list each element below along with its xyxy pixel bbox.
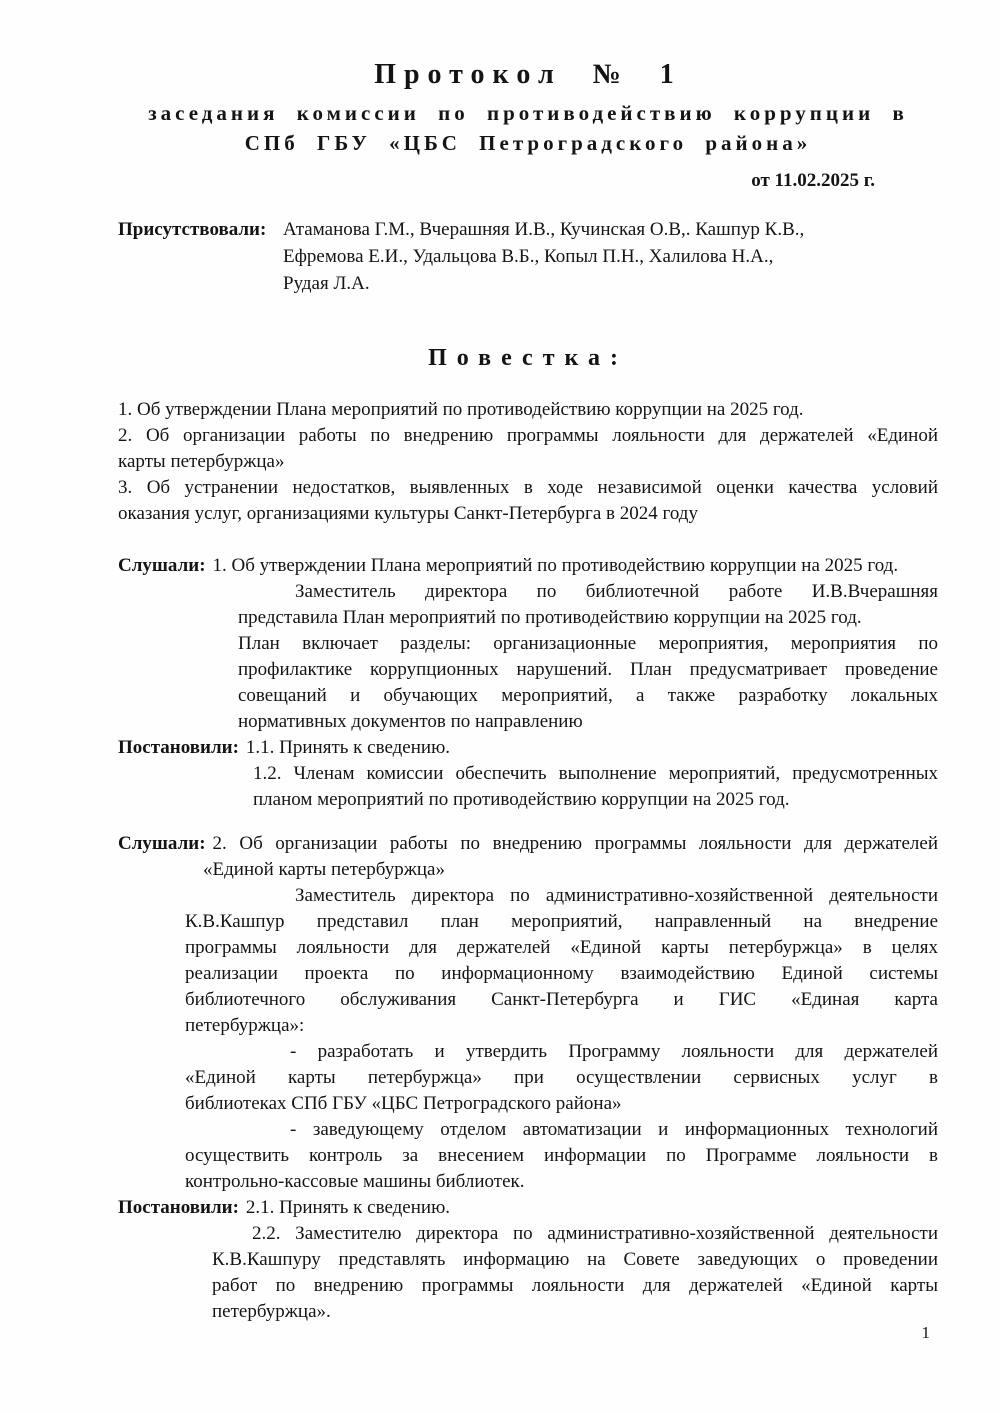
resolved-1-label: Постановили: (118, 737, 239, 758)
resolved-section-1: Постановили:1.1. Принять к сведению. 1.2… (118, 735, 938, 813)
attendees-line: Ефремова Е.И., Удальцова В.Б., Копыл П.Н… (283, 243, 804, 270)
heard-2-bullet-2: - заведующему отделом автоматизации и ин… (185, 1117, 938, 1195)
paragraph-line: профилактике коррупционных нарушений. Пл… (238, 657, 938, 683)
attendees-line: Атаманова Г.М., Вчерашняя И.В., Кучинска… (283, 216, 804, 243)
resolved-2-item-2: 2.2. Заместителю директора по администра… (212, 1221, 938, 1325)
heard-section-2: Слушали:2. Об организации работы по внед… (118, 831, 938, 1195)
paragraph-line: - разработать и утвердить Программу лоял… (185, 1039, 938, 1065)
paragraph-line: представила План мероприятий по противод… (238, 605, 938, 631)
paragraph-line: К.В.Кашпуру представлять информацию на С… (212, 1247, 938, 1273)
agenda-item-line: 3. Об устранении недостатков, выявленных… (118, 475, 938, 501)
paragraph-line: 1.2. Членам комиссии обеспечить выполнен… (253, 761, 938, 787)
paragraph-line: - заведующему отделом автоматизации и ин… (185, 1117, 938, 1143)
paragraph-line: нормативных документов по направлению (238, 709, 938, 735)
paragraph-line: петербуржца». (212, 1299, 938, 1325)
heard-section-1: Слушали:1. Об утверждении Плана мероприя… (118, 553, 938, 735)
heard-1-text: 1. Об утверждении Плана мероприятий по п… (213, 555, 899, 576)
agenda-item-line: 1. Об утверждении Плана мероприятий по п… (118, 397, 938, 423)
paragraph-line: библиотеках СПб ГБУ «ЦБС Петроградского … (185, 1091, 938, 1117)
resolved-1-item-2: 1.2. Членам комиссии обеспечить выполнен… (253, 761, 938, 813)
heard-2-bullet-1: - разработать и утвердить Программу лоял… (185, 1039, 938, 1117)
paragraph-line: петербуржца»: (185, 1013, 938, 1039)
paragraph-line: библиотечного обслуживания Санкт-Петербу… (185, 987, 938, 1013)
attendees-names: Атаманова Г.М., Вчерашняя И.В., Кучинска… (283, 216, 804, 297)
attendees-line: Рудая Л.А. (283, 270, 804, 297)
paragraph-line: План включает разделы: организационные м… (238, 631, 938, 657)
paragraph-line: реализации проекта по информационному вз… (185, 961, 938, 987)
heard-1-paragraph-1: Заместитель директора по библиотечной ра… (238, 579, 938, 631)
agenda-item-line: карты петербуржца» (118, 449, 938, 475)
agenda-list: 1. Об утверждении Плана мероприятий по п… (118, 397, 938, 527)
agenda-item-3: 3. Об устранении недостатков, выявленных… (118, 475, 938, 527)
heard-2-item-continuation: «Единой карты петербуржца» (118, 857, 938, 883)
paragraph-line: К.В.Кашпур представил план мероприятий, … (185, 909, 938, 935)
agenda-item-line: оказания услуг, организациями культуры С… (118, 501, 938, 527)
resolved-2-label: Постановили: (118, 1197, 239, 1218)
paragraph-line: Заместитель директора по библиотечной ра… (238, 579, 938, 605)
paragraph-line: программы лояльности для держателей «Еди… (185, 935, 938, 961)
document-subtitle-line1: заседания комиссии по противодействию ко… (118, 98, 938, 128)
heard-1-paragraph-2: План включает разделы: организационные м… (238, 631, 938, 735)
resolved-section-2: Постановили:2.1. Принять к сведению. 2.2… (118, 1195, 938, 1325)
document-date: от 11.02.2025 г. (118, 168, 875, 194)
heard-2-label: Слушали: (118, 833, 206, 854)
paragraph-line: контрольно-кассовые машины библиотек. (185, 1169, 938, 1195)
paragraph-line: осуществить контроль за внесением информ… (185, 1143, 938, 1169)
document-page: Протокол № 1 заседания комиссии по проти… (0, 0, 1000, 1413)
heard-1-item: Слушали:1. Об утверждении Плана мероприя… (118, 553, 938, 579)
resolved-1-text: 1.1. Принять к сведению. (246, 737, 450, 758)
paragraph-line: планом мероприятий по противодействию ко… (253, 787, 938, 813)
document-subtitle-line2: СПб ГБУ «ЦБС Петроградского района» (118, 128, 938, 158)
paragraph-line: работ по внедрению программы лояльности … (212, 1273, 938, 1299)
attendees-block: Присутствовали: Атаманова Г.М., Вчерашня… (118, 216, 938, 297)
heard-2-text: 2. Об организации работы по внедрению пр… (213, 833, 938, 854)
heard-1-label: Слушали: (118, 555, 206, 576)
resolved-2-item-1: Постановили:2.1. Принять к сведению. (118, 1195, 938, 1221)
agenda-item-1: 1. Об утверждении Плана мероприятий по п… (118, 397, 938, 423)
heard-2-paragraph-1: Заместитель директора по административно… (185, 883, 938, 1039)
attendees-label: Присутствовали: (118, 216, 283, 297)
agenda-item-2: 2. Об организации работы по внедрению пр… (118, 423, 938, 475)
resolved-1-item-1: Постановили:1.1. Принять к сведению. (118, 735, 938, 761)
document-title: Протокол № 1 (118, 58, 938, 92)
agenda-item-line: 2. Об организации работы по внедрению пр… (118, 423, 938, 449)
paragraph-line: 2.2. Заместителю директора по администра… (212, 1221, 938, 1247)
agenda-heading: Повестка: (118, 343, 938, 373)
heard-2-item: Слушали:2. Об организации работы по внед… (118, 831, 938, 857)
resolved-2-text: 2.1. Принять к сведению. (246, 1197, 450, 1218)
paragraph-line: «Единой карты петербуржца» при осуществл… (185, 1065, 938, 1091)
paragraph-line: совещаний и обучающих мероприятий, а так… (238, 683, 938, 709)
paragraph-line: Заместитель директора по административно… (185, 883, 938, 909)
page-number: 1 (922, 1320, 931, 1346)
